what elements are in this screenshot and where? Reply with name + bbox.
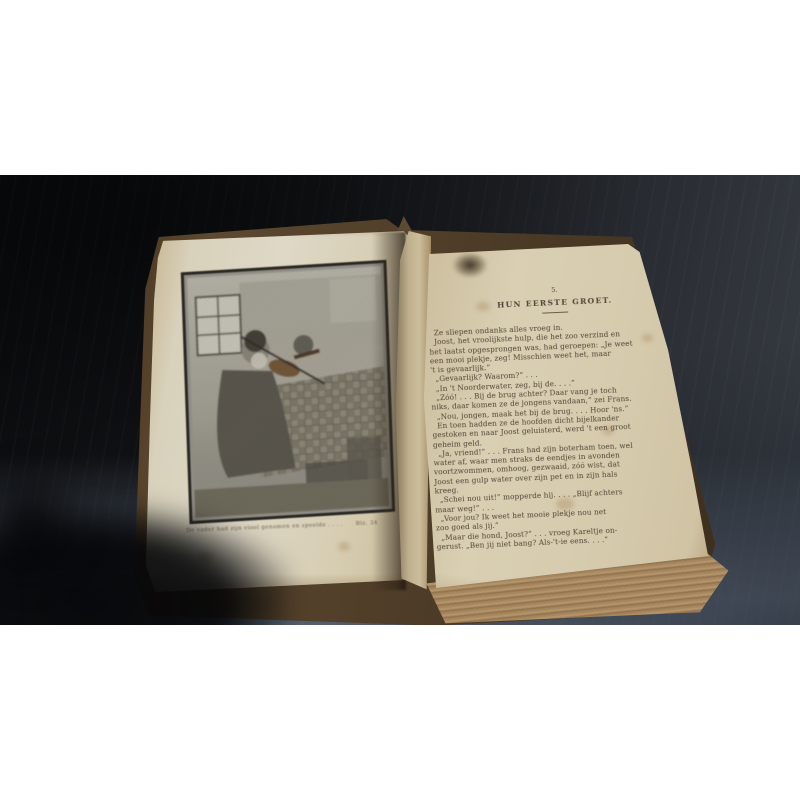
book-photograph: De vader had zijn viool genomen en speel… [0,175,800,625]
heading-rule [542,312,568,314]
foreground-shadow-object [0,455,90,595]
violin-scene-illustration [181,260,395,524]
page-stain [452,252,488,278]
page-text-block: 5. HUN EERSTE GROET. Ze sliepen ondanks … [427,281,690,552]
